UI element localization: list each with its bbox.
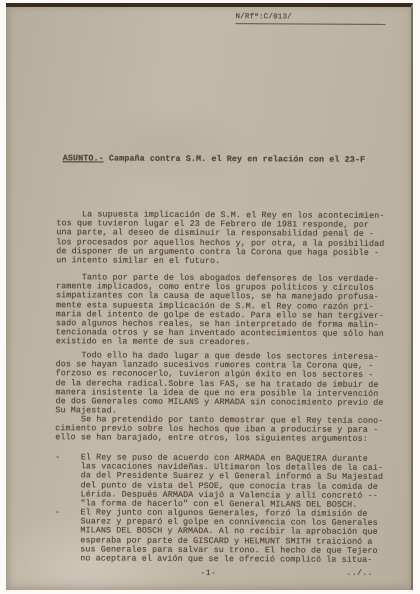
subject-line: ASUNTO.- Campaña contra S.M. el Rey en r… — [63, 153, 365, 165]
paragraph-rumores: Todo ello ha dado lugar a que desde los … — [55, 351, 383, 417]
subject-text: Campaña contra S.M. el Rey en relación c… — [104, 153, 365, 164]
argument-item-2: - El Rey junto con algunos Generales, fo… — [55, 508, 378, 565]
page-number: -1- — [201, 569, 217, 578]
paragraph-argumentos-intro: Se ha pretendido por tanto demostrar que… — [55, 415, 383, 444]
page-content: N/Rfª:C/013/ ASUNTO.- Campaña contra S.M… — [4, 6, 412, 591]
document-paper: N/Rfª:C/013/ ASUNTO.- Campaña contra S.M… — [6, 3, 413, 590]
subject-label: ASUNTO.- — [63, 153, 104, 163]
continuation-mark: ../.. — [347, 569, 374, 578]
paragraph-defensores: Tanto por parte de los abogados defensor… — [56, 273, 384, 348]
paragraph-intro: La supuesta implicación de S.M. el Rey e… — [56, 210, 384, 267]
reference-number: N/Rfª:C/013/ — [235, 13, 385, 25]
scanned-document-photo: N/Rfª:C/013/ ASUNTO.- Campaña contra S.M… — [0, 0, 420, 594]
argument-item-1: - El Rey se puso de acuerdo con ARMADA e… — [55, 453, 383, 510]
